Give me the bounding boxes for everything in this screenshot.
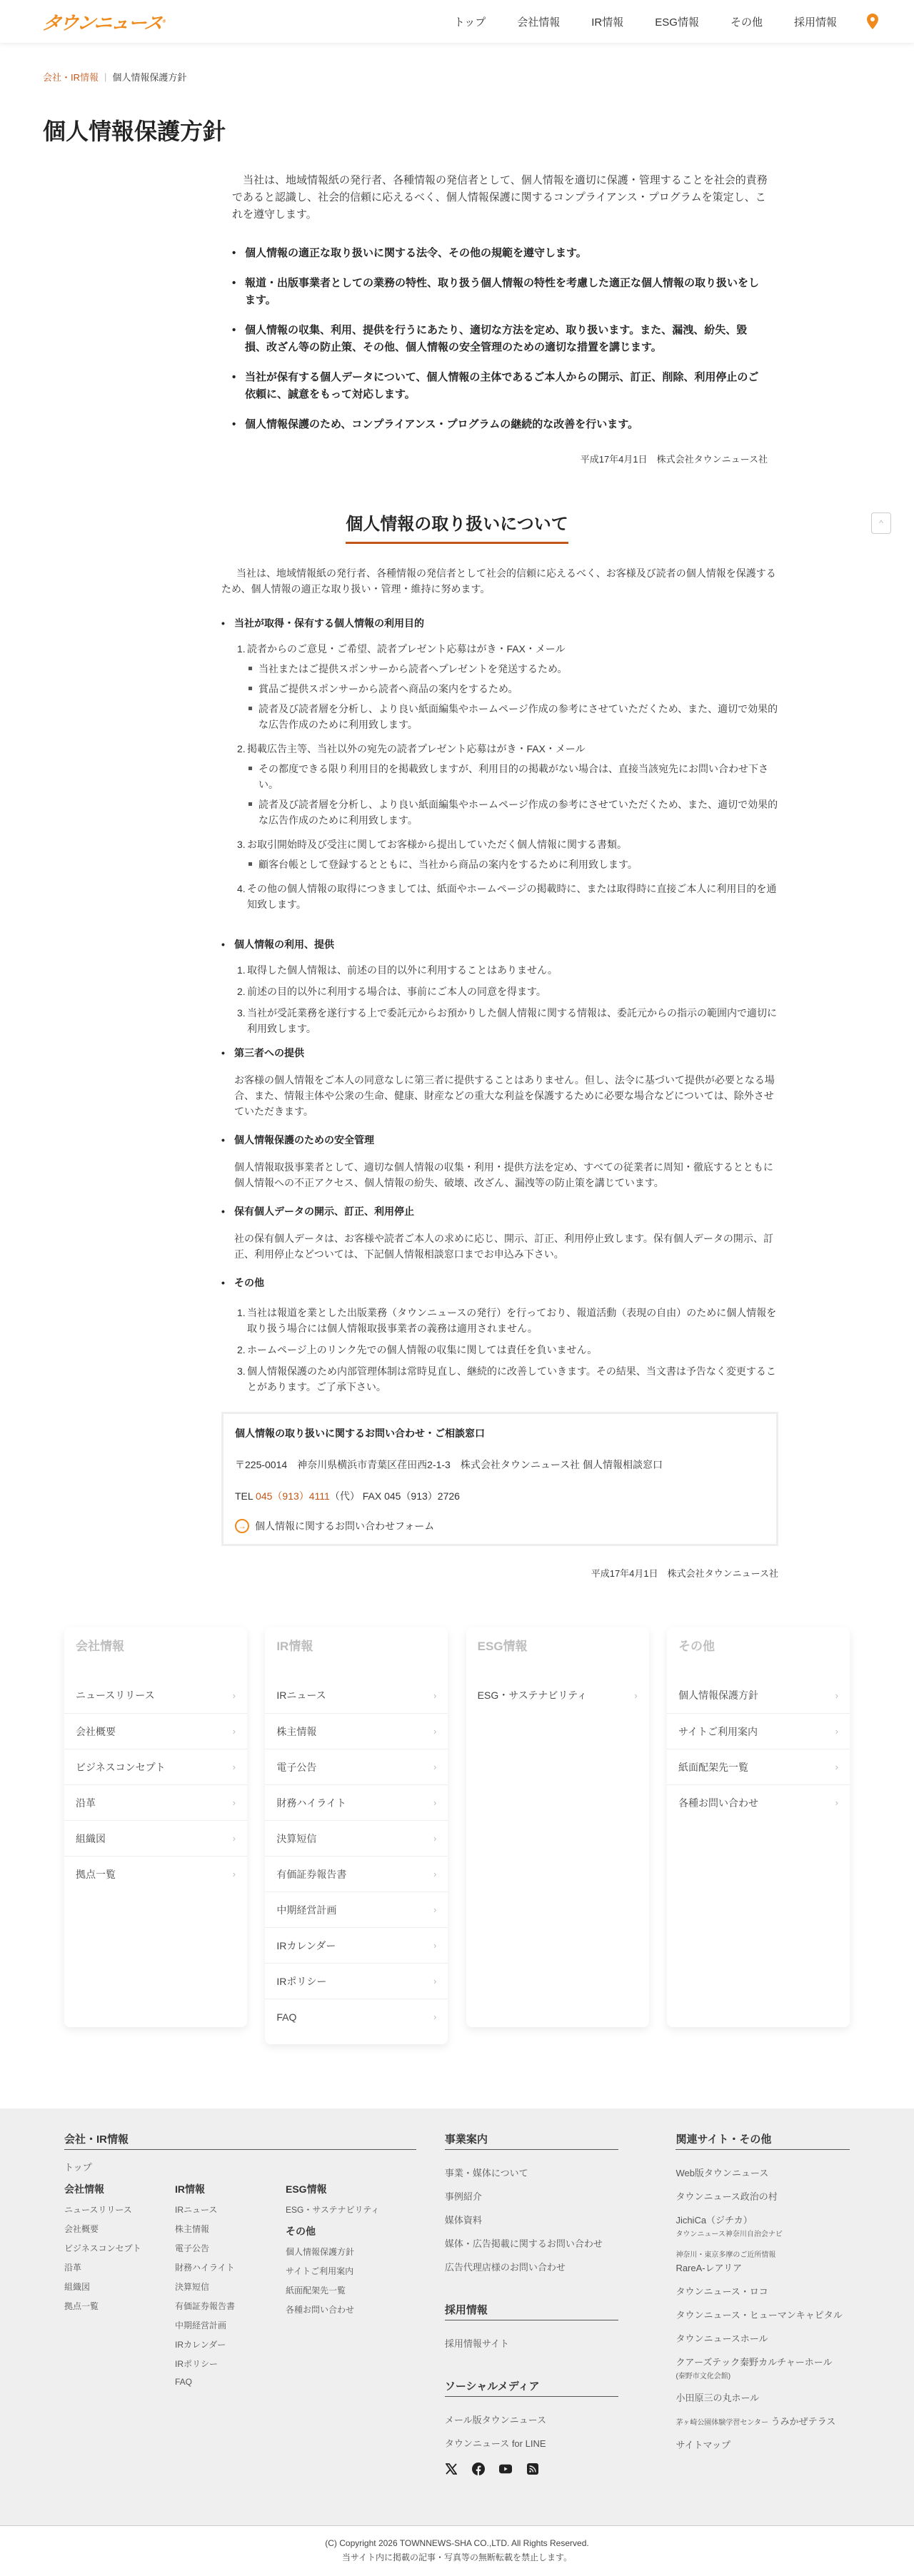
item-number: 1. — [237, 962, 246, 978]
footer-link[interactable]: 小田原三の丸ホール — [676, 2390, 850, 2404]
chevron-right-icon: › — [835, 1726, 838, 1737]
footer-esg-other-col: ESG情報 ESG・サステナビリティ その他 個人情報保護方針 サイトご利用案内… — [286, 2182, 396, 2387]
footer-link[interactable]: IRカレンダー — [175, 2338, 286, 2350]
chevron-right-icon: › — [433, 2011, 436, 2022]
chevron-right-icon: › — [233, 1726, 236, 1737]
footer-ir-col: IR情報 IRニュース 株主情報 電子公告 財務ハイライト 決算短信 有価証券報… — [175, 2182, 286, 2387]
item-text: 前述の目的以外に利用する場合は、事前にご本人の同意を得ます。 — [247, 986, 546, 997]
card-link-label: 電子公告 — [276, 1760, 316, 1774]
social-icons — [445, 2463, 619, 2475]
card-link[interactable]: 各種お問い合わせ› — [667, 1784, 850, 1820]
footer-link-label: クアーズテック秦野カルチャーホール — [676, 2357, 832, 2368]
card-link[interactable]: 中期経営計画› — [265, 1891, 448, 1927]
tel-link[interactable]: 045（913）4111 — [256, 1490, 330, 1502]
map-pin-icon[interactable] — [860, 9, 885, 34]
footer-link[interactable]: 紙面配架先一覧 — [286, 2284, 396, 2296]
card-title: ESG情報 — [466, 1636, 649, 1677]
sub-item: 賞品ご提供スポンサーから読者へ商品の案内をするため。 — [247, 681, 778, 697]
item-number: 1. — [237, 641, 246, 657]
card-link-label: 有価証券報告書 — [276, 1867, 346, 1882]
footer-link-sub: (秦野市文化会館) — [676, 2370, 850, 2380]
card-link[interactable]: 財務ハイライト› — [265, 1784, 448, 1820]
breadcrumb-parent[interactable]: 会社・IR情報 — [43, 70, 99, 84]
footer-link[interactable]: 株主情報 — [175, 2223, 286, 2235]
footer-heading: 会社・IR情報 — [64, 2131, 416, 2150]
chevron-right-icon: › — [433, 1869, 436, 1879]
handling-signature: 平成17年4月1日 株式会社タウンニュース社 — [221, 1566, 778, 1582]
card-link-label: IRポリシー — [276, 1974, 326, 1989]
footer-link[interactable]: タウンニュース・ロコ — [676, 2284, 850, 2298]
nav-esg[interactable]: ESG情報 — [639, 14, 715, 29]
tel-suffix: （代） — [330, 1490, 360, 1502]
footer-link-top[interactable]: トップ — [64, 2160, 416, 2173]
card-ir: IR情報 IRニュース› 株主情報› 電子公告› 財務ハイライト› 決算短信› … — [265, 1627, 448, 2044]
footer-heading: 採用情報 — [445, 2302, 619, 2320]
card-link[interactable]: ニュースリリース› — [64, 1677, 247, 1713]
security-section: 個人情報保護のための安全管理 個人情報取扱事業者として、適切な個人情報の収集・利… — [221, 1132, 778, 1191]
contact-address: 〒225-0014 神奈川県横浜市青葉区荏田西2-1-3 株式会社タウンニュース… — [235, 1457, 765, 1473]
handling-section: 当社は、地域情報紙の発行者、各種情報の発信者として社会的信頼に応えるべく、お客様… — [221, 565, 778, 1582]
card-link-label: 沿革 — [76, 1796, 96, 1810]
purpose-item: 2. 掲載広告主等、当社以外の宛先の読者プレゼント応募はがき・FAX・メール そ… — [237, 741, 778, 828]
footer-link[interactable]: 有価証券報告書 — [175, 2300, 286, 2312]
card-link-label: 紙面配架先一覧 — [678, 1760, 748, 1774]
footer-subheading: IR情報 — [175, 2182, 286, 2196]
footer-link[interactable]: 媒体資料 — [445, 2213, 619, 2226]
section-title: 個人情報の取り扱いについて — [346, 510, 568, 544]
card-link[interactable]: IRポリシー› — [265, 1963, 448, 1999]
logo-trademark: ® — [161, 19, 165, 24]
card-link-label: ESG・サステナビリティ — [478, 1688, 587, 1702]
footer-link[interactable]: サイトマップ — [676, 2438, 850, 2451]
chevron-right-icon: › — [835, 1797, 838, 1808]
footer-link[interactable]: 媒体・広告掲載に関するお問い合わせ — [445, 2236, 619, 2250]
use-list: 1.取得した個人情報は、前述の目的以外に利用することはありません。 2.前述の目… — [221, 962, 778, 1036]
chevron-right-icon: › — [433, 1833, 436, 1844]
footer-subheading: ESG情報 — [286, 2182, 396, 2196]
use-item: 1.取得した個人情報は、前述の目的以外に利用することはありません。 — [237, 962, 778, 978]
card-link-label: IRニュース — [276, 1688, 326, 1702]
chevron-right-icon: › — [233, 1762, 236, 1772]
footer-link-pre: 茅ヶ崎公園体験学習センター — [676, 2419, 768, 2427]
policy-item: 報道・出版事業者としての業務の特性、取り扱う個人情報の特性を考慮した適正な個人情… — [232, 275, 768, 309]
nav-company[interactable]: 会社情報 — [501, 14, 576, 29]
card-link[interactable]: ビジネスコンセプト› — [64, 1749, 247, 1784]
card-link-label: サイトご利用案内 — [678, 1724, 758, 1739]
nav-cards: 会社情報 ニュースリリース› 会社概要› ビジネスコンセプト› 沿革› 組織図›… — [64, 1627, 850, 2108]
use-item: 2.前述の目的以外に利用する場合は、事前にご本人の同意を得ます。 — [237, 984, 778, 999]
contact-phone: TEL 045（913）4111（代） FAX 045（913）2726 — [235, 1488, 765, 1504]
purpose-item: 4. その他の個人情報の取得につきましては、紙面やホームページの掲載時に、または… — [237, 881, 778, 912]
page-title: 個人情報保護方針 — [43, 113, 871, 146]
other-section: その他 1.当社は報道を業とした出版業務（タウンニュースの発行）を行っており、報… — [221, 1275, 778, 1395]
sub-item: 読者及び読者層を分析し、より良い紙面編集やホームページ作成の参考にさせていただく… — [247, 701, 778, 732]
other-item: 1.当社は報道を業とした出版業務（タウンニュースの発行）を行っており、報道活動（… — [237, 1305, 778, 1336]
nav-recruit[interactable]: 採用情報 — [778, 14, 853, 29]
use-section: 個人情報の利用、提供 1.取得した個人情報は、前述の目的以外に利用することはあり… — [221, 936, 778, 1036]
card-link-label: 個人情報保護方針 — [678, 1688, 758, 1702]
sub-item: 当社またはご提供スポンサーから読者へプレゼントを発送するため。 — [247, 661, 778, 677]
item-text: 当社が受託業務を遂行する上で委託元からお預かりした個人情報に関する情報は、委託元… — [247, 1007, 777, 1034]
footer-link[interactable]: ビジネスコンセプト — [64, 2242, 175, 2254]
footer-link-jichica[interactable]: JichiCa（ジチカ）タウンニュース神奈川自治会ナビ — [676, 2213, 850, 2238]
card-link[interactable]: ESG・サステナビリティ› — [466, 1677, 649, 1713]
item-text: 読者からのご意見・ご希望、読者プレゼント応募はがき・FAX・メール — [247, 643, 566, 655]
purpose-list: 1. 読者からのご意見・ご希望、読者プレゼント応募はがき・FAX・メール 当社ま… — [221, 641, 778, 912]
footer-link-label: RareA-レアリア — [676, 2263, 742, 2273]
chevron-up-icon: ^ — [879, 518, 883, 528]
item-text: 個人情報保護のため内部管理体制は常時見直し、継続的に改善していきます。その結果、… — [247, 1365, 776, 1393]
item-text: ホームページ上のリンク先での個人情報の収集に関しては責任を負いません。 — [247, 1344, 597, 1355]
card-link[interactable]: 沿革› — [64, 1784, 247, 1820]
site-footer: 会社・IR情報 トップ 会社情報 ニュースリリース 会社概要 ビジネスコンセプト… — [0, 2108, 914, 2525]
card-link[interactable]: 有価証券報告書› — [265, 1856, 448, 1891]
sub-item: 顧客台帳として登録するとともに、当社から商品の案内をするために利用致します。 — [247, 857, 778, 872]
policy-signature: 平成17年4月1日 株式会社タウンニュース社 — [232, 452, 768, 465]
item-number: 4. — [237, 881, 246, 896]
card-link-label: 会社概要 — [76, 1724, 116, 1739]
card-link[interactable]: FAQ› — [265, 1999, 448, 2034]
footer-link-culture-hall[interactable]: クアーズテック秦野カルチャーホール(秦野市文化会館) — [676, 2355, 850, 2380]
footer-related-col: 関連サイト・その他 Web版タウンニュース タウンニュース政治の村 JichiC… — [676, 2131, 850, 2504]
card-link-label: 各種お問い合わせ — [678, 1796, 758, 1810]
use-item: 3.当社が受託業務を遂行する上で委託元からお預かりした個人情報に関する情報は、委… — [237, 1005, 778, 1036]
policy-item: 個人情報の収集、利用、提供を行うにあたり、適切な方法を定め、取り扱います。また、… — [232, 322, 768, 356]
card-link[interactable]: 電子公告› — [265, 1749, 448, 1784]
breadcrumb-separator: | — [104, 71, 106, 82]
item-number: 2. — [237, 1342, 246, 1358]
site-header: タウンニュース® トップ 会社情報 IR情報 ESG情報 その他 採用情報 — [0, 0, 914, 43]
card-title: IR情報 — [265, 1636, 448, 1677]
footer-link[interactable]: 事業・媒体について — [445, 2166, 619, 2179]
handling-lead: 当社は、地域情報紙の発行者、各種情報の発信者として社会的信頼に応えるべく、お客様… — [221, 565, 778, 597]
sub-item: その都度できる限り利用目的を掲載致しますが、利用目的の掲載がない場合は、直接当該… — [247, 761, 778, 792]
footer-link[interactable]: ESG・サステナビリティ — [286, 2203, 396, 2216]
footer-link[interactable]: 事例紹介 — [445, 2189, 619, 2203]
footer-business-col: 事業案内 事業・媒体について 事例紹介 媒体資料 媒体・広告掲載に関するお問い合… — [445, 2131, 619, 2504]
handling-title-wrap: 個人情報の取り扱いについて — [43, 510, 871, 544]
footer-link-umikaze[interactable]: 茅ヶ崎公園体験学習センター うみかぜテラス — [676, 2414, 850, 2428]
footer-link[interactable]: サイトご利用案内 — [286, 2265, 396, 2277]
policy-item: 個人情報保護のため、コンプライアンス・プログラムの継続的な改善を行います。 — [232, 416, 768, 433]
item-number: 2. — [237, 984, 246, 999]
sub-list: 当社またはご提供スポンサーから読者へプレゼントを発送するため。 賞品ご提供スポン… — [247, 661, 778, 732]
section-text: 個人情報取扱事業者として、適切な個人情報の収集・利用・提供方法を定め、すべての従… — [221, 1159, 778, 1191]
footer-link[interactable]: タウンニュース for LINE — [445, 2436, 619, 2450]
contact-box: 個人情報の取り扱いに関するお問い合わせ・ご相談窓口 〒225-0014 神奈川県… — [221, 1412, 778, 1546]
chevron-right-icon: › — [433, 1726, 436, 1737]
copyright: (C) Copyright 2026 TOWNNEWS-SHA CO.,LTD.… — [0, 2525, 914, 2576]
card-link-label: 中期経営計画 — [276, 1903, 336, 1917]
copyright-line: (C) Copyright 2026 TOWNNEWS-SHA CO.,LTD.… — [0, 2536, 914, 2550]
footer-link[interactable]: Web版タウンニュース — [676, 2166, 850, 2179]
footer-link[interactable]: タウンニュース政治の村 — [676, 2189, 850, 2203]
nav-top[interactable]: トップ — [438, 14, 502, 29]
chevron-right-icon: › — [233, 1869, 236, 1879]
nav-ir[interactable]: IR情報 — [576, 14, 639, 29]
card-link[interactable]: 拠点一覧› — [64, 1856, 247, 1891]
footer-link[interactable]: FAQ — [175, 2377, 286, 2387]
section-heading: その他 — [221, 1275, 778, 1290]
chevron-right-icon: › — [433, 1797, 436, 1808]
card-esg: ESG情報 ESG・サステナビリティ› — [466, 1627, 649, 2027]
footer-link[interactable]: 沿革 — [64, 2261, 175, 2273]
footer-link[interactable]: 個人情報保護方針 — [286, 2246, 396, 2258]
card-link[interactable]: 株主情報› — [265, 1713, 448, 1749]
chevron-right-icon: › — [233, 1797, 236, 1808]
footer-link-label: うみかぜテラス — [771, 2416, 836, 2427]
footer-link-label: JichiCa（ジチカ） — [676, 2215, 752, 2226]
fax-number: FAX 045（913）2726 — [363, 1490, 460, 1502]
other-item: 3.個人情報保護のため内部管理体制は常時見直し、継続的に改善していきます。その結… — [237, 1363, 778, 1395]
item-text: お取引開始時及び受注に関してお客様から提出していただく個人情報に関する書類。 — [247, 839, 627, 850]
policy-item: 個人情報の適正な取り扱いに関する法令、その他の規範を遵守します。 — [232, 245, 768, 262]
card-link[interactable]: 個人情報保護方針› — [667, 1677, 850, 1713]
chevron-right-icon: › — [233, 1690, 236, 1701]
footer-subheading: 会社情報 — [64, 2182, 175, 2196]
item-text: 掲載広告主等、当社以外の宛先の読者プレゼント応募はがき・FAX・メール — [247, 743, 586, 754]
footer-link-rarea[interactable]: 神奈川・東京多摩のご近所情報RareA-レアリア — [676, 2248, 850, 2274]
footer-link[interactable]: ニュースリリース — [64, 2203, 175, 2216]
footer-link[interactable]: 決算短信 — [175, 2280, 286, 2293]
footer-link[interactable]: 中期経営計画 — [175, 2319, 286, 2331]
chevron-right-icon: › — [433, 1762, 436, 1772]
other-item: 2.ホームページ上のリンク先での個人情報の収集に関しては責任を負いません。 — [237, 1342, 778, 1358]
footer-link[interactable]: IRニュース — [175, 2203, 286, 2216]
x-icon[interactable] — [445, 2463, 458, 2475]
item-text: その他の個人情報の取得につきましては、紙面やホームページの掲載時に、または取得時… — [247, 883, 776, 910]
footer-link[interactable]: 財務ハイライト — [175, 2261, 286, 2273]
card-title: その他 — [667, 1636, 850, 1677]
footer-link[interactable]: メール版タウンニュース — [445, 2413, 619, 2426]
policy-lead: 当社は、地域情報紙の発行者、各種情報の発信者として、個人情報を適切に保護・管理す… — [232, 172, 768, 223]
footer-heading: ソーシャルメディア — [445, 2378, 619, 2397]
section-heading: 個人情報の利用、提供 — [221, 936, 778, 952]
item-number: 3. — [237, 1363, 246, 1379]
footer-heading: 事業案内 — [445, 2131, 619, 2150]
card-link[interactable]: 紙面配架先一覧› — [667, 1749, 850, 1784]
footer-link[interactable]: 会社概要 — [64, 2223, 175, 2235]
policy-list: 個人情報の適正な取り扱いに関する法令、その他の規範を遵守します。 報道・出版事業… — [232, 245, 768, 433]
footer-link[interactable]: 広告代理店様のお問い合わせ — [445, 2260, 619, 2273]
chevron-right-icon: › — [433, 1976, 436, 1986]
main-content: 会社・IR情報 | 個人情報保護方針 個人情報保護方針 当社は、地域情報紙の発行… — [43, 43, 871, 1582]
section-heading: 個人情報保護のための安全管理 — [221, 1132, 778, 1148]
section-text: 社の保有個人データは、お客様や読者ご本人の求めに応じ、開示、訂正、利用停止致しま… — [221, 1231, 778, 1262]
section-heading: 保有個人データの開示、訂正、利用停止 — [221, 1203, 778, 1219]
item-number: 1. — [237, 1305, 246, 1320]
card-link-label: ニュースリリース — [76, 1688, 155, 1702]
footer-link-sub: タウンニュース神奈川自治会ナビ — [676, 2228, 850, 2238]
back-to-top-button[interactable]: ^ — [871, 512, 891, 534]
item-text: 当社は報道を業とした出版業務（タウンニュースの発行）を行っており、報道活動（表現… — [247, 1307, 776, 1334]
facebook-icon[interactable] — [472, 2463, 485, 2475]
footer-link[interactable]: 採用情報サイト — [445, 2336, 619, 2350]
other-list: 1.当社は報道を業とした出版業務（タウンニュースの発行）を行っており、報道活動（… — [221, 1305, 778, 1395]
chevron-right-icon: › — [433, 1690, 436, 1701]
footer-link[interactable]: タウンニュースホール — [676, 2331, 850, 2345]
footer-company-ir: 会社・IR情報 トップ 会社情報 ニュースリリース 会社概要 ビジネスコンセプト… — [64, 2131, 416, 2504]
item-text: 取得した個人情報は、前述の目的以外に利用することはありません。 — [247, 964, 558, 976]
footer-subheading: その他 — [286, 2224, 396, 2238]
youtube-icon[interactable] — [499, 2463, 512, 2475]
section-heading: 当社が取得・保有する個人情報の利用目的 — [221, 615, 778, 631]
policy-section: 当社は、地域情報紙の発行者、各種情報の発信者として、個人情報を適切に保護・管理す… — [232, 172, 768, 465]
chevron-right-icon: › — [835, 1690, 838, 1701]
tel-label: TEL — [235, 1490, 253, 1502]
copyright-notice: 当サイト内に掲載の記事・写真等の無断転載を禁止します。 — [0, 2550, 914, 2565]
contact-form-label: 個人情報に関するお問い合わせフォーム — [255, 1518, 434, 1534]
footer-link[interactable]: 組織図 — [64, 2280, 175, 2293]
item-number: 3. — [237, 1005, 246, 1021]
chevron-right-icon: › — [433, 1940, 436, 1951]
policy-item: 当社が保有する個人データについて、個人情報の主体であるご本人からの開示、訂正、削… — [232, 369, 768, 403]
arrow-circle-icon: → — [235, 1519, 249, 1533]
card-title: 会社情報 — [64, 1636, 247, 1677]
site-logo[interactable]: タウンニュース® — [41, 9, 167, 35]
sub-list: 顧客台帳として登録するとともに、当社から商品の案内をするために利用致します。 — [247, 857, 778, 872]
logo-text: タウンニュース — [41, 13, 164, 34]
item-number: 2. — [237, 741, 246, 757]
breadcrumb: 会社・IR情報 | 個人情報保護方針 — [43, 70, 871, 84]
sub-item: 読者及び読者層を分析し、より良い紙面編集やホームページ作成の参考にさせていただく… — [247, 797, 778, 828]
card-link-label: IRカレンダー — [276, 1939, 336, 1953]
card-company: 会社情報 ニュースリリース› 会社概要› ビジネスコンセプト› 沿革› 組織図›… — [64, 1627, 247, 2027]
item-number: 3. — [237, 837, 246, 852]
card-link-label: 財務ハイライト — [276, 1796, 346, 1810]
section-heading: 第三者への提供 — [221, 1045, 778, 1061]
card-link[interactable]: 組織図› — [64, 1820, 247, 1856]
card-link-label: 決算短信 — [276, 1832, 316, 1846]
footer-heading: 関連サイト・その他 — [676, 2131, 850, 2150]
card-link[interactable]: 決算短信› — [265, 1820, 448, 1856]
card-link[interactable]: IRカレンダー› — [265, 1927, 448, 1963]
footer-company-col: 会社情報 ニュースリリース 会社概要 ビジネスコンセプト 沿革 組織図 拠点一覧 — [64, 2182, 175, 2387]
card-link[interactable]: IRニュース› — [265, 1677, 448, 1713]
third-party-section: 第三者への提供 お客様の個人情報をご本人の同意なしに第三者に提供することはありま… — [221, 1045, 778, 1119]
footer-link[interactable]: 拠点一覧 — [64, 2300, 175, 2312]
card-link[interactable]: サイトご利用案内› — [667, 1713, 850, 1749]
disclosure-section: 保有個人データの開示、訂正、利用停止 社の保有個人データは、お客様や読者ご本人の… — [221, 1203, 778, 1262]
breadcrumb-current: 個人情報保護方針 — [112, 70, 186, 84]
rss-icon[interactable] — [526, 2463, 539, 2475]
card-link-label: 組織図 — [76, 1832, 106, 1846]
purpose-item: 1. 読者からのご意見・ご希望、読者プレゼント応募はがき・FAX・メール 当社ま… — [237, 641, 778, 732]
card-link-label: ビジネスコンセプト — [76, 1760, 166, 1774]
card-link-label: 株主情報 — [276, 1724, 316, 1739]
chevron-right-icon: › — [433, 1904, 436, 1915]
footer-link[interactable]: タウンニュース・ヒューマンキャピタル — [676, 2308, 850, 2321]
footer-link[interactable]: 電子公告 — [175, 2242, 286, 2254]
sub-list: その都度できる限り利用目的を掲載致しますが、利用目的の掲載がない場合は、直接当該… — [247, 761, 778, 828]
card-link-label: 拠点一覧 — [76, 1867, 116, 1882]
purpose-item: 3. お取引開始時及び受注に関してお客様から提出していただく個人情報に関する書類… — [237, 837, 778, 872]
footer-link[interactable]: 各種お問い合わせ — [286, 2303, 396, 2315]
chevron-right-icon: › — [634, 1690, 637, 1701]
chevron-right-icon: › — [835, 1762, 838, 1772]
contact-title: 個人情報の取り扱いに関するお問い合わせ・ご相談窓口 — [235, 1425, 765, 1441]
card-other: その他 個人情報保護方針› サイトご利用案内› 紙面配架先一覧› 各種お問い合わ… — [667, 1627, 850, 2027]
contact-form-link[interactable]: → 個人情報に関するお問い合わせフォーム — [235, 1518, 765, 1534]
chevron-right-icon: › — [233, 1833, 236, 1844]
nav-other[interactable]: その他 — [715, 14, 778, 29]
footer-link[interactable]: IRポリシー — [175, 2358, 286, 2370]
main-nav: トップ 会社情報 IR情報 ESG情報 その他 採用情報 — [438, 9, 885, 34]
footer-link-pre: 神奈川・東京多摩のご近所情報 — [676, 2248, 850, 2259]
card-link[interactable]: 会社概要› — [64, 1713, 247, 1749]
purpose-section: 当社が取得・保有する個人情報の利用目的 1. 読者からのご意見・ご希望、読者プレ… — [221, 615, 778, 912]
card-link-label: FAQ — [276, 2011, 296, 2023]
section-text: お客様の個人情報をご本人の同意なしに第三者に提供することはありません。但し、法令… — [221, 1072, 778, 1119]
